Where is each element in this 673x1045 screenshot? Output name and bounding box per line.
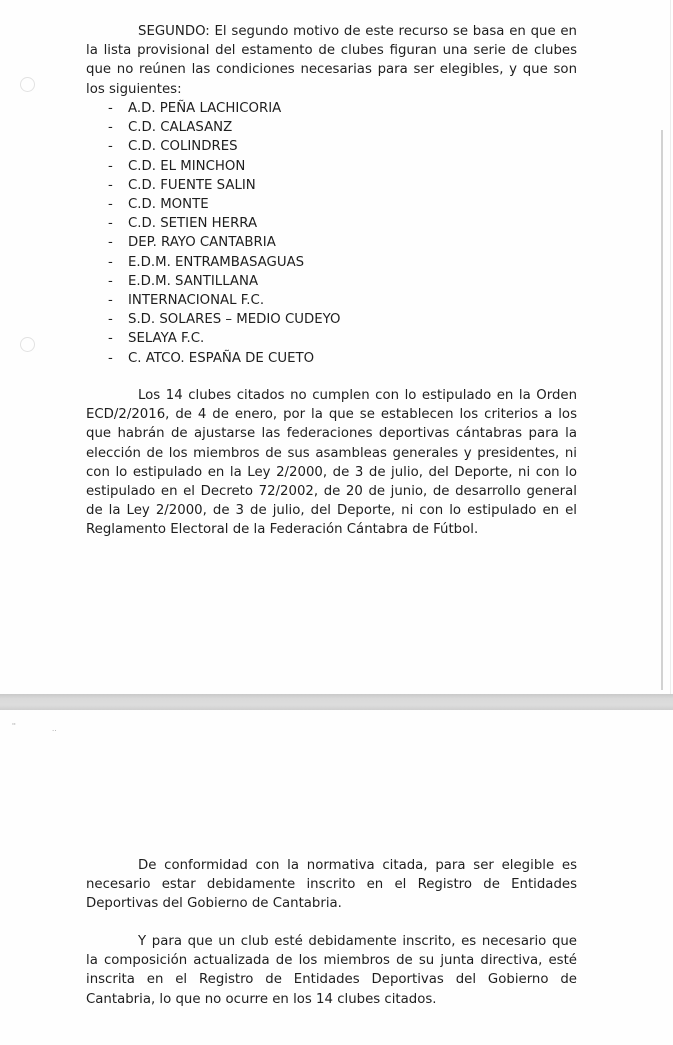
club-name: A.D. PEÑA LACHICORIA [128, 101, 281, 116]
document-page-2: '' .. De conformidad con la normativa ci… [0, 710, 673, 1045]
list-bullet: - [108, 195, 113, 214]
club-list-item: -INTERNACIONAL F.C. [108, 291, 341, 310]
club-name: C.D. CALASANZ [128, 120, 232, 135]
page-edge-divider [661, 130, 663, 690]
list-bullet: - [108, 118, 113, 137]
club-list-item: -C.D. FUENTE SALIN [108, 176, 341, 195]
list-bullet: - [108, 233, 113, 252]
list-bullet: - [108, 272, 113, 291]
club-list-item: -S.D. SOLARES – MEDIO CUDEYO [108, 310, 341, 329]
club-name: INTERNACIONAL F.C. [128, 293, 264, 308]
club-list-item: -SELAYA F.C. [108, 329, 341, 348]
club-name: C.D. SETIEN HERRA [128, 216, 257, 231]
paragraph-inscrito: Y para que un club esté debidamente insc… [86, 932, 577, 1009]
scan-artifact: '' [12, 722, 16, 730]
list-bullet: - [108, 291, 113, 310]
paragraph-conformidad: De conformidad con la normativa citada, … [86, 856, 577, 914]
club-list-item: -E.D.M. ENTRAMBASAGUAS [108, 253, 341, 272]
scan-artifact: .. [52, 725, 56, 733]
list-bullet: - [108, 99, 113, 118]
club-list: -A.D. PEÑA LACHICORIA-C.D. CALASANZ-C.D.… [108, 99, 341, 368]
club-name: C.D. FUENTE SALIN [128, 178, 256, 193]
list-bullet: - [108, 310, 113, 329]
club-list-item: -DEP. RAYO CANTABRIA [108, 233, 341, 252]
list-bullet: - [108, 137, 113, 156]
club-name: E.D.M. SANTILLANA [128, 274, 258, 289]
list-bullet: - [108, 349, 113, 368]
page-edge-divider [670, 0, 671, 694]
club-name: E.D.M. ENTRAMBASAGUAS [128, 255, 304, 270]
list-bullet: - [108, 214, 113, 233]
club-name: DEP. RAYO CANTABRIA [128, 235, 276, 250]
club-list-item: -E.D.M. SANTILLANA [108, 272, 341, 291]
club-list-item: -C.D. CALASANZ [108, 118, 341, 137]
club-list-item: -C.D. MONTE [108, 195, 341, 214]
punch-hole-icon [20, 337, 35, 352]
club-name: C.D. EL MINCHON [128, 159, 245, 174]
list-bullet: - [108, 157, 113, 176]
list-bullet: - [108, 176, 113, 195]
club-name: SELAYA F.C. [128, 331, 204, 346]
list-bullet: - [108, 253, 113, 272]
club-list-item: -C.D. SETIEN HERRA [108, 214, 341, 233]
page-separator [0, 694, 673, 711]
document-page-1: SEGUNDO: El segundo motivo de este recur… [0, 0, 673, 694]
club-name: C.D. COLINDRES [128, 139, 238, 154]
paragraph-14-clubes: Los 14 clubes citados no cumplen con lo … [86, 386, 577, 540]
club-list-item: -C.D. COLINDRES [108, 137, 341, 156]
club-list-item: -C. ATCO. ESPAÑA DE CUETO [108, 349, 341, 368]
list-bullet: - [108, 329, 113, 348]
club-name: C.D. MONTE [128, 197, 209, 212]
club-list-item: -C.D. EL MINCHON [108, 157, 341, 176]
punch-hole-icon [20, 77, 35, 92]
club-list-item: -A.D. PEÑA LACHICORIA [108, 99, 341, 118]
club-name: C. ATCO. ESPAÑA DE CUETO [128, 351, 314, 366]
club-name: S.D. SOLARES – MEDIO CUDEYO [128, 312, 341, 327]
paragraph-segundo: SEGUNDO: El segundo motivo de este recur… [86, 22, 577, 99]
